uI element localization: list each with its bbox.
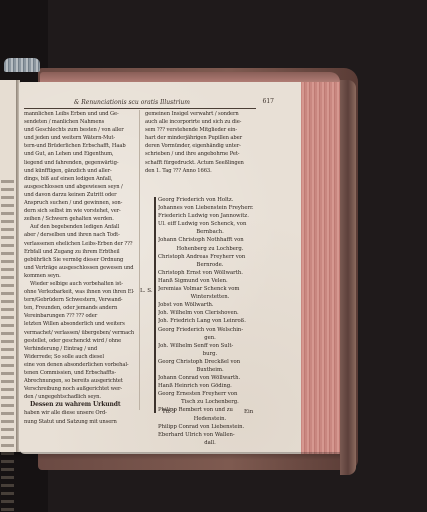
text-line: Widerrede; So solle auch diesel bbox=[24, 353, 134, 361]
text-line: und Verträge ausgeschlossen gewesen und bbox=[24, 264, 134, 272]
facing-page-sliver bbox=[0, 80, 17, 452]
text-line: Erbfall und Zugang zu ihrem Erbtheil bbox=[24, 248, 134, 256]
red-fore-edge bbox=[300, 82, 340, 454]
signatory-continuation: Bernbach. bbox=[158, 228, 262, 236]
text-line: und Geschlechts zum besten / von aller bbox=[24, 126, 134, 134]
text-line: ohne Verlezbarkeit, was ihnen von ihren … bbox=[24, 288, 134, 296]
text-line: und künfftigen, gänzlich und aller- bbox=[24, 167, 134, 175]
book-cover-edge bbox=[340, 80, 356, 475]
text-line: sem ??? verstehende Mitglieder ein- bbox=[145, 126, 258, 134]
text-line: Wieder selbige auch vorbehalten ist- bbox=[24, 280, 134, 288]
signatory: Joh. Wilhelm von Clerishoven. bbox=[158, 309, 262, 317]
text-line: gestellet, oder geschenckt wird / ohne bbox=[24, 337, 134, 345]
text-line: mannlichen Leibs Erben und und Ge- bbox=[24, 110, 134, 118]
text-line: ten, Freunden, oder jemands andern bbox=[24, 304, 134, 312]
text-line: Dessen zu wahrem Urkundt bbox=[24, 401, 134, 409]
text-line: tern-und Brüderlichen Erbschafft, Haab bbox=[24, 142, 134, 150]
text-line: tenen Commissien, und Erbschaffts- bbox=[24, 369, 134, 377]
signatories-bracket bbox=[154, 197, 156, 413]
text-line: Verhinderung / Eintrag / und bbox=[24, 345, 134, 353]
text-line: verlassenen ehelichen Leibs-Erben der ??… bbox=[24, 240, 134, 248]
signatory: Georg Friederich von Holtz. bbox=[158, 196, 262, 204]
text-line: Vereinbarungen ??? ??? oder bbox=[24, 312, 134, 320]
signatory-continuation: Hohenberg zu Lochberg. bbox=[158, 245, 262, 253]
signatory-continuation: Tisch zu Lochenberg. bbox=[158, 398, 262, 406]
signatory-continuation: Bernrode. bbox=[158, 261, 262, 269]
signatory: Eberhard Ulrich von Wallen- bbox=[158, 431, 262, 439]
signatory: Jeremias Volmar Schenck vom bbox=[158, 285, 262, 293]
text-line: den / ungegehtschadlich seyn. bbox=[24, 393, 134, 401]
signatory: Georg Christoph Dreckßel von bbox=[158, 358, 262, 366]
signatory-continuation: dall. bbox=[158, 439, 262, 447]
text-line: auch alle incorporirte und sich zu die- bbox=[145, 118, 258, 126]
signatory-continuation: Buxtheim. bbox=[158, 366, 262, 374]
signatory: Christoph Ernst von Wöllwarth. bbox=[158, 269, 262, 277]
text-line: Auf den begebenden ledigen Anfall bbox=[24, 223, 134, 231]
signatory: Joh. Friedrich Lang von Leinroß. bbox=[158, 317, 262, 325]
text-line: gebührlich Sie vermög dieser Ordnung bbox=[24, 256, 134, 264]
running-head-title: & Renunciationis scu oratis Illustrium bbox=[74, 99, 190, 106]
text-line: tern/Gebrüdern Schwestern, Verwand- bbox=[24, 296, 134, 304]
signatory: Johann Christoph Nothhafft von bbox=[158, 236, 262, 244]
text-line: ausgeschlossen und abgewiesen seyn / bbox=[24, 183, 134, 191]
text-line: und davon darzu keinen Zutritt oder bbox=[24, 191, 134, 199]
text-line: gemeinen Insigel verwahrt / sondern bbox=[145, 110, 258, 118]
text-line: dern sich selbst im wie vorstehet, ver- bbox=[24, 207, 134, 215]
text-line: den 1. Tag ??? Anno 1663. bbox=[145, 167, 258, 175]
signatory: Jobst von Wöllwarth. bbox=[158, 301, 262, 309]
page-bottom-shadow bbox=[0, 452, 340, 460]
text-line: haben wir alle diese unsere Ord- bbox=[24, 409, 134, 417]
signatory: Christoph Andreas Freyherr von bbox=[158, 253, 262, 261]
signatory: Johann Conrad von Wöllwarth. bbox=[158, 374, 262, 382]
signature-mark: Ttt 3 bbox=[162, 409, 175, 415]
text-line: kommen seyn. bbox=[24, 272, 134, 280]
header-rule bbox=[24, 108, 256, 109]
signatory-continuation: gen. bbox=[158, 334, 262, 342]
text-line: liegend und fahrenden, gegenwärtig- bbox=[24, 159, 134, 167]
signatory: Georg Friederich von Welschin- bbox=[158, 326, 262, 334]
left-text-column: mannlichen Leibs Erben und und Ge- sende… bbox=[24, 110, 134, 426]
text-line: letzten Willen absonderlich und weiters bbox=[24, 320, 134, 328]
signatory: Hanß Sigmund von Velen. bbox=[158, 277, 262, 285]
text-line: zeihen / Schwern gehalten werden. bbox=[24, 215, 134, 223]
page-number: 617 bbox=[263, 98, 274, 105]
signatory: Ul. eiff Ludwig von Schenck, von bbox=[158, 220, 262, 228]
signatory: Joh. Wilhelm Senff von Sult- bbox=[158, 342, 262, 350]
text-line: schrieben / und ihre angebohrne Pet- bbox=[145, 150, 258, 158]
signatory-continuation: Hedenstein. bbox=[158, 415, 262, 423]
signatory: Friederich Ludwig von Jannowitz. bbox=[158, 212, 262, 220]
catchword: Ein bbox=[244, 409, 253, 415]
signatory-continuation: burg. bbox=[158, 350, 262, 358]
text-line: und jeden und weitern Wätern-Mut- bbox=[24, 134, 134, 142]
signatory: Georg Ernesten Freyherr von bbox=[158, 390, 262, 398]
text-line: und Gut, an Lehen und Eigenthum, bbox=[24, 150, 134, 158]
signatory: Johannes von Liebenstein Freyherr. bbox=[158, 204, 262, 212]
text-line: vermachet/ verlassen/ übergeben/ vermach… bbox=[24, 329, 134, 337]
text-line: Abrechnungen, so bereits ausgerichtet bbox=[24, 377, 134, 385]
text-line: hart der minderjährigen Pupillen aber bbox=[145, 134, 258, 142]
signatory: Hanß Heinrich von Göding. bbox=[158, 382, 262, 390]
text-line: Anspruch suchen / und gewinnen, son- bbox=[24, 199, 134, 207]
seal-margin-note: L. S. bbox=[140, 288, 153, 294]
facing-page-text bbox=[1, 180, 14, 512]
signatory: Philipp Conrad von Liebenstein. bbox=[158, 423, 262, 431]
text-line: aber / derselben und ihren nach Todt- bbox=[24, 231, 134, 239]
text-line: schafft fürgedruckt. Actum Seeßlingen bbox=[145, 159, 258, 167]
text-line: dings, biß auf einen ledigen Anfall, bbox=[24, 175, 134, 183]
signatory-continuation: Winterstetten. bbox=[158, 293, 262, 301]
bookmark-ribbon bbox=[4, 58, 40, 72]
text-line: sendeten / manlichen Nahmens bbox=[24, 118, 134, 126]
column-divider bbox=[139, 110, 140, 410]
text-line: nung Statut und Satzung mit unsern bbox=[24, 418, 134, 426]
text-line: eine von denen absonderlichen vorbehal- bbox=[24, 361, 134, 369]
text-line: deren Vormünder, eigenhändig unter- bbox=[145, 142, 258, 150]
text-line: Verschreibung noch außgerichtet wer- bbox=[24, 385, 134, 393]
right-text-column: gemeinen Insigel verwahrt / sondern auch… bbox=[145, 110, 258, 175]
